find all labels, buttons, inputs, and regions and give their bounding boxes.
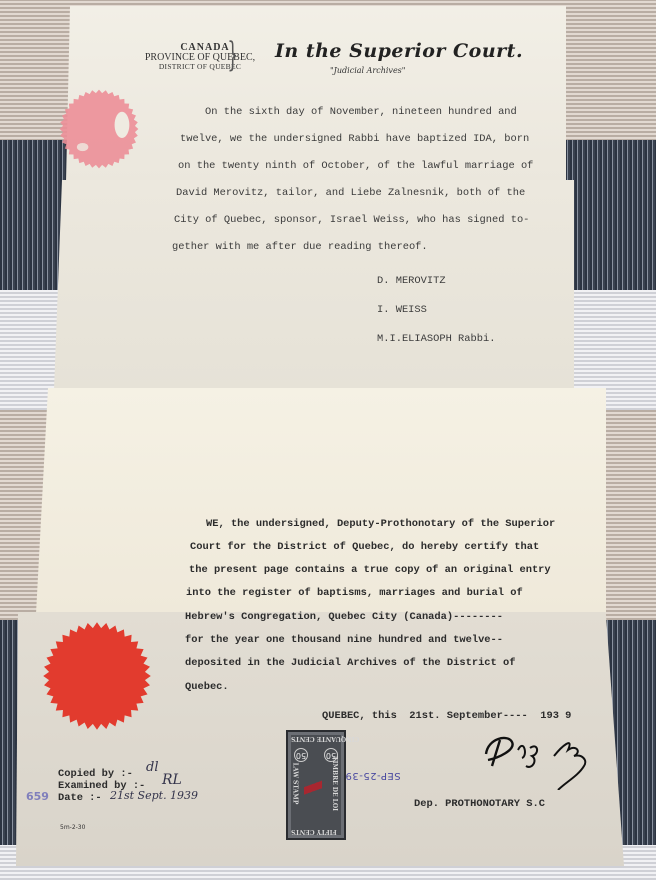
document-panel-top [66, 6, 566, 182]
entry-line-4: David Merovitz, tailor, and Liebe Zalnes… [176, 187, 525, 199]
red-seal-icon [38, 620, 156, 732]
cert-line-8: Quebec. [185, 681, 229, 693]
signature-merovitz: D. MEROVITZ [377, 275, 446, 287]
date-handwritten: 21st Sept. 1939 [110, 789, 198, 802]
stamp-right-text: TIMBRE DE LOI [331, 756, 338, 811]
stamp-top-text: CINQUANTE CENTS [291, 735, 359, 742]
signature-weiss: I. WEISS [377, 304, 427, 316]
entry-line-3: on the twenty ninth of October, of the l… [178, 160, 533, 172]
stamp-value-left: 50 [294, 748, 308, 762]
signature-rabbi: M.I.ELIASOPH Rabbi. [377, 333, 495, 345]
entry-line-1: On the sixth day of November, nineteen h… [205, 106, 517, 118]
signatory-title: Dep. PROTHONOTARY S.C [414, 798, 545, 810]
law-stamp: CINQUANTE CENTS 50 50 LAW STAMP TIMBRE D… [286, 730, 346, 840]
cert-line-2: Court for the District of Quebec, do her… [190, 541, 539, 553]
pink-seal-icon [58, 88, 140, 170]
copied-by-initials: dl [146, 760, 158, 775]
form-code: 5m-2-30 [60, 824, 85, 831]
stamp-cancel-mark [304, 772, 322, 816]
court-title: In the Superior Court. [275, 40, 523, 62]
brace-icon: } [227, 40, 238, 70]
entry-line-2: twelve, we the undersigned Rabbi have ba… [180, 133, 529, 145]
copied-by-label: Copied by :- [58, 768, 133, 780]
place-date: QUEBEC, this 21st. September---- 193 9 [322, 710, 571, 722]
date-label: Date :- [58, 792, 102, 804]
cert-line-4: into the register of baptisms, marriages… [186, 587, 523, 599]
stamp-left-text: LAW STAMP [291, 763, 298, 805]
cert-line-7: deposited in the Judicial Archives of th… [185, 657, 515, 669]
handwritten-signature [478, 730, 608, 790]
cert-line-1: WE, the undersigned, Deputy-Prothonotary… [206, 518, 555, 530]
stamp-bottom-text: FIFTY CENTS [291, 828, 337, 835]
letterhead-district: DISTRICT OF QUEBEC [110, 62, 290, 71]
cert-line-3: the present page contains a true copy of… [189, 564, 551, 576]
document-panel-middle [54, 180, 574, 390]
cancel-date-stamp: SEP-25-39 [345, 770, 401, 781]
court-subtitle: "Judicial Archives" [330, 66, 405, 75]
entry-line-5: City of Quebec, sponsor, Israel Weiss, w… [174, 214, 529, 226]
examined-by-initials: RL [162, 772, 182, 788]
entry-line-6: gether with me after due reading thereof… [172, 241, 428, 253]
cert-line-6: for the year one thousand nine hundred a… [185, 634, 503, 646]
purple-number-stamp: 659 [26, 790, 49, 803]
document-panel-lower [36, 388, 606, 614]
cert-line-5: Hebrew's Congregation, Quebec City (Cana… [185, 611, 503, 623]
